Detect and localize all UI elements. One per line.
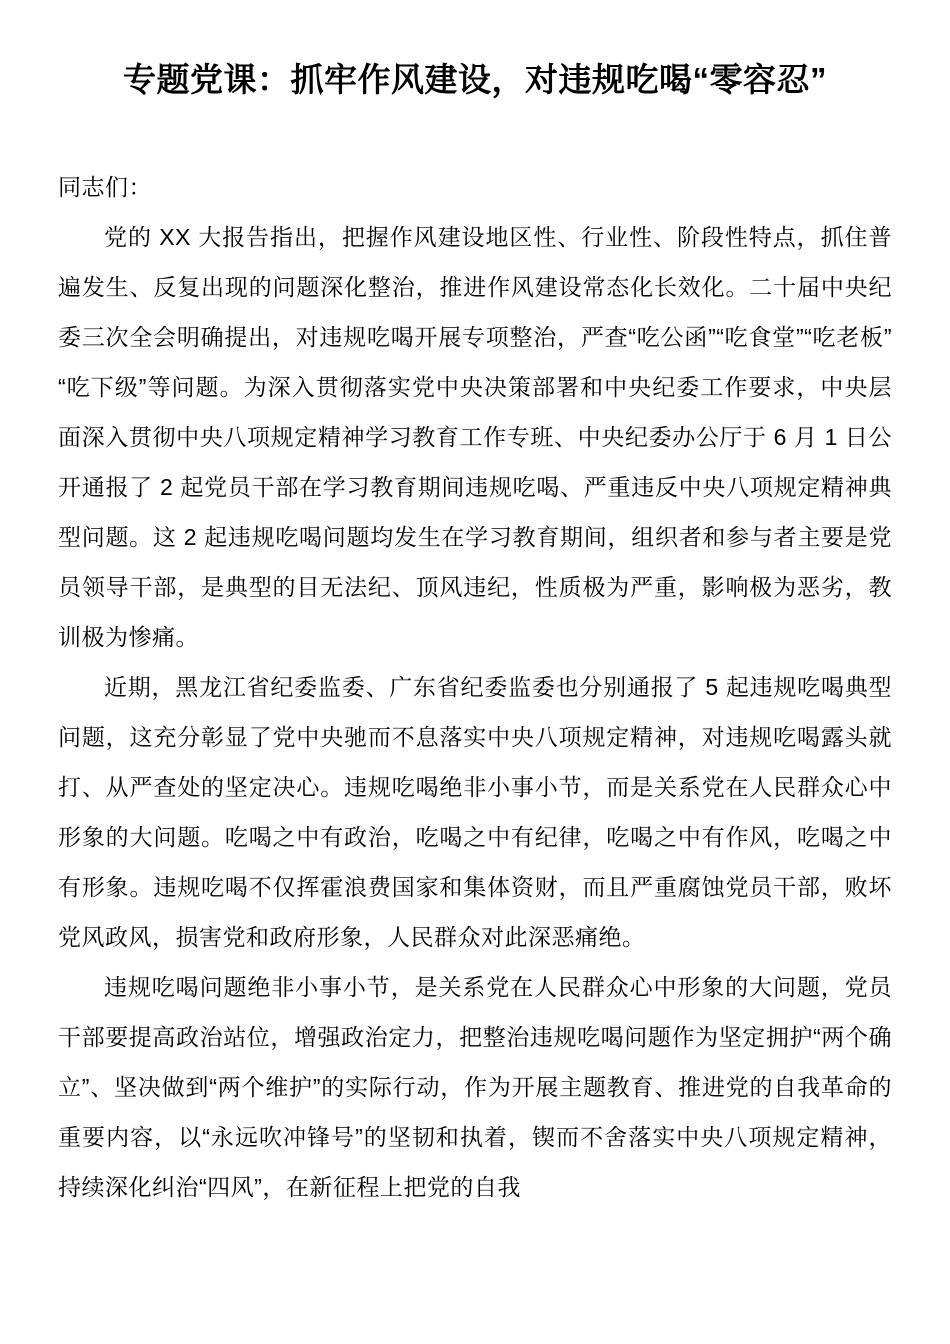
document-body: 同志们： 党的 XX 大报告指出，把握作风建设地区性、行业性、阶段性特点，抓住普… (58, 162, 892, 1212)
document-page: 专题党课：抓牢作风建设，对违规吃喝“零容忍” 同志们： 党的 XX 大报告指出，… (0, 0, 950, 1344)
paragraph: 近期，黑龙江省纪委监委、广东省纪委监委也分别通报了 5 起违规吃喝典型问题，这充… (58, 662, 892, 962)
paragraph: 党的 XX 大报告指出，把握作风建设地区性、行业性、阶段性特点，抓住普遍发生、反… (58, 212, 892, 662)
greeting-line: 同志们： (58, 162, 892, 212)
document-title: 专题党课：抓牢作风建设，对违规吃喝“零容忍” (58, 0, 892, 104)
paragraph: 违规吃喝问题绝非小事小节，是关系党在人民群众心中形象的大问题，党员干部要提高政治… (58, 962, 892, 1212)
document-content: 专题党课：抓牢作风建设，对违规吃喝“零容忍” 同志们： 党的 XX 大报告指出，… (0, 0, 950, 1212)
